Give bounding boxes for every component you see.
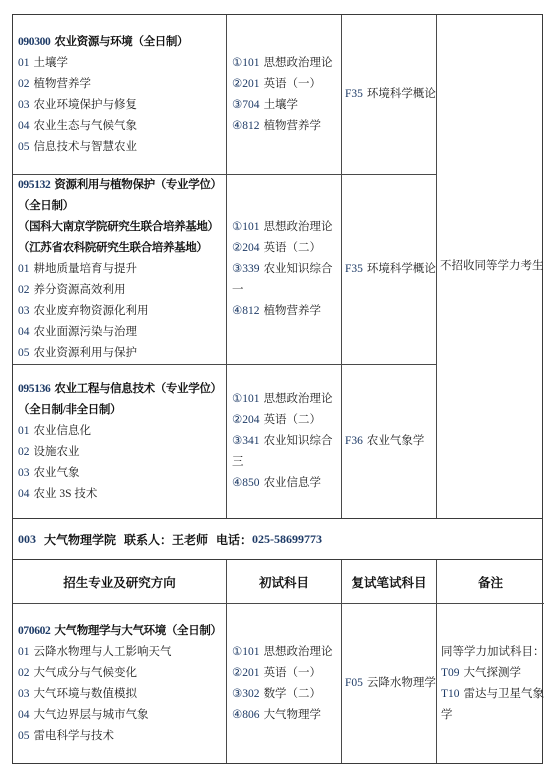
subject-text: 思想政治理论 [264,393,333,405]
subject-code: ①101 [232,393,260,405]
exam-subject-item: ②201英语（一） [232,74,339,95]
direction-text: 养分资源高效利用 [34,284,126,296]
direction-item: 05信息技术与智慧农业 [18,137,224,158]
direction-code: 04 [18,709,30,721]
exam-subject-item: ①101思想政治理论 [232,53,339,74]
admissions-table-atmospheric: 招生专业及研究方向 初试科目 复试笔试科目 备注 070602大气物理学与大气环… [12,559,543,764]
program-name: 农业资源与环境（全日制） [54,36,188,48]
program-cell-070602: 070602大气物理学与大气环境（全日制） 01云降水物理与人工影响天气 02大… [13,603,226,763]
direction-code: 01 [18,57,30,69]
retest-subject-cell: F36农业气象学 [341,364,436,518]
subject-code: ②201 [232,78,260,90]
direction-code: 03 [18,467,30,479]
direction-text: 农业气象 [34,467,80,479]
remark-code: T09 [441,667,460,679]
college-tel-label: 电话： [216,531,252,548]
subject-code: ④850 [232,477,260,489]
retest-text: 农业气象学 [367,435,425,447]
subject-text: 英语（一） [264,78,322,90]
exam-subject-item: ②204英语（二） [232,238,339,259]
program-name: 资源利用与植物保护（专业学位） [54,179,221,191]
direction-text: 农业环境保护与修复 [34,99,138,111]
direction-text: 农业生态与气候气象 [34,120,138,132]
exam-subject-item: ①101思想政治理论 [232,642,339,663]
header-col-initial-exam: 初试科目 [226,560,341,603]
remark-text: 雷达与卫星气象 [464,688,544,700]
direction-item: 04大气边界层与城市气象 [18,705,224,726]
college-name: 大气物理学院 [44,531,116,548]
exam-subject-item-wrap: 三 [232,452,339,473]
remark-text: 同等学力加试科目： [441,646,544,658]
program-code: 095132 [18,179,50,191]
direction-text: 大气边界层与城市气象 [34,709,149,721]
subject-text: 三 [232,456,244,468]
retest-text: 云降水物理学 [367,677,436,689]
subject-code: ③339 [232,263,260,275]
direction-item: 04农业面源污染与治理 [18,322,224,343]
header-col-programs: 招生专业及研究方向 [13,560,226,603]
program-cell-095136: 095136农业工程与信息技术（专业学位） （全日制/非全日制） 01农业信息化… [13,364,226,518]
retest-subject: F05云降水物理学 [345,673,434,694]
exam-subject-item-wrap: 一 [232,280,339,301]
direction-code: 03 [18,688,30,700]
subject-text: 一 [232,284,244,296]
exam-subjects-cell: ①101思想政治理论 ②204英语（二） ③339农业知识综合 一 ④812植物… [226,174,341,364]
retest-code: F36 [345,435,363,447]
subject-code: ②201 [232,667,260,679]
exam-subject-item: ①101思想政治理论 [232,389,339,410]
header-col-retest: 复试笔试科目 [341,560,436,603]
header-col-remark: 备注 [436,560,544,603]
subject-code: ④806 [232,709,260,721]
retest-subject: F36农业气象学 [345,431,434,452]
direction-code: 04 [18,488,30,500]
direction-text: 大气成分与气候变化 [34,667,138,679]
exam-subject-item: ②204英语（二） [232,410,339,431]
retest-subject-cell: F05云降水物理学 [341,603,436,763]
subject-text: 思想政治理论 [264,646,333,658]
subject-text: 英语（一） [264,667,322,679]
direction-code: 02 [18,78,30,90]
program-name: 大气物理学与大气环境（全日制） [54,625,221,637]
direction-item: 05雷电科学与技术 [18,726,224,747]
program-code: 090300 [18,36,50,48]
exam-subject-item: ②201英语（一） [232,663,339,684]
admissions-catalog-page: 090300农业资源与环境（全日制） 01土壤学 02植物营养学 03农业环境保… [12,14,543,764]
retest-code: F35 [345,263,363,275]
direction-code: 04 [18,120,30,132]
direction-item: 01耕地质量培育与提升 [18,259,224,280]
direction-code: 05 [18,141,30,153]
direction-item: 01农业信息化 [18,421,224,442]
retest-text: 环境科学概论 [367,88,436,100]
direction-code: 05 [18,347,30,359]
direction-text: 土壤学 [34,57,69,69]
college-code: 003 [18,532,36,547]
program-code: 095136 [18,383,50,395]
subject-code: ③341 [232,435,260,447]
direction-code: 02 [18,446,30,458]
subject-text: 大气物理学 [264,709,322,721]
subject-code: ③302 [232,688,260,700]
retest-subject: F35环境科学概论 [345,84,434,105]
exam-subjects-cell: ①101思想政治理论 ②204英语（二） ③341农业知识综合 三 ④850农业… [226,364,341,518]
program-title: 095136农业工程与信息技术（专业学位） [18,379,224,400]
direction-code: 05 [18,730,30,742]
program-name: 农业工程与信息技术（专业学位） [54,383,221,395]
direction-text: 农业废弃物资源化利用 [34,305,149,317]
direction-code: 01 [18,646,30,658]
remark-text: 学 [441,709,453,721]
direction-code: 03 [18,99,30,111]
remark-code: T10 [441,688,460,700]
direction-code: 02 [18,284,30,296]
subject-text: 思想政治理论 [264,57,333,69]
direction-text: 植物营养学 [34,78,92,90]
retest-subject-cell: F35环境科学概论 [341,15,436,174]
direction-text: 雷电科学与技术 [34,730,115,742]
subject-code: ④812 [232,305,260,317]
subject-code: ③704 [232,99,260,111]
subject-text: 思想政治理论 [264,221,333,233]
direction-item: 03农业环境保护与修复 [18,95,224,116]
exam-subjects-cell: ①101思想政治理论 ②201英语（一） ③704土壤学 ④812植物营养学 [226,15,341,174]
direction-text: 农业面源污染与治理 [34,326,138,338]
program-title: 070602大气物理学与大气环境（全日制） [18,621,224,642]
direction-text: 云降水物理与人工影响天气 [34,646,172,658]
exam-subject-item: ③302数学（二） [232,684,339,705]
subject-text: 农业知识综合 [264,435,333,447]
exam-subject-item: ③341农业知识综合 [232,431,339,452]
subject-code: ①101 [232,57,260,69]
direction-code: 02 [18,667,30,679]
direction-item: 04农业生态与气候气象 [18,116,224,137]
direction-text: 信息技术与智慧农业 [34,141,138,153]
remark-line: T10雷达与卫星气象 [441,684,542,705]
direction-item: 02设施农业 [18,442,224,463]
retest-text: 环境科学概论 [367,263,436,275]
direction-item: 01云降水物理与人工影响天气 [18,642,224,663]
remark-line: 学 [441,705,542,726]
exam-subject-item: ④812植物营养学 [232,301,339,322]
direction-text: 农业资源利用与保护 [34,347,138,359]
exam-subject-item: ③704土壤学 [232,95,339,116]
direction-code: 03 [18,305,30,317]
direction-item: 03农业气象 [18,463,224,484]
program-title-extra: （国科大南京学院研究生联合培养基地） [18,217,224,238]
direction-item: 05农业资源利用与保护 [18,343,224,364]
direction-item: 02大气成分与气候变化 [18,663,224,684]
remark-line: T09大气探测学 [441,663,542,684]
subject-code: ②204 [232,242,260,254]
direction-text: 农业 3S 技术 [34,488,98,500]
program-title-extra: （全日制） [18,196,224,217]
subject-text: 植物营养学 [264,305,322,317]
subject-code: ①101 [232,221,260,233]
remark-line: 同等学力加试科目： [441,642,542,663]
direction-code: 04 [18,326,30,338]
exam-subject-item: ④806大气物理学 [232,705,339,726]
program-title-extra: （江苏省农科院研究生联合培养基地） [18,238,224,259]
retest-code: F35 [345,88,363,100]
subject-text: 英语（二） [264,414,322,426]
subject-text: 农业信息学 [264,477,322,489]
exam-subject-item: ①101思想政治理论 [232,217,339,238]
subject-code: ④812 [232,120,260,132]
college-contact: 联系人：王老师 [124,531,208,548]
program-cell-090300: 090300农业资源与环境（全日制） 01土壤学 02植物营养学 03农业环境保… [13,15,226,174]
remark-cell: 同等学力加试科目： T09大气探测学 T10雷达与卫星气象 学 [436,603,544,763]
direction-code: 01 [18,425,30,437]
exam-subject-item: ④850农业信息学 [232,473,339,494]
remark-text: 大气探测学 [464,667,522,679]
direction-code: 01 [18,263,30,275]
direction-item: 02植物营养学 [18,74,224,95]
subject-text: 土壤学 [264,99,299,111]
remark-text: 不招收同等学力考生 [440,256,543,277]
college-phone: 025-58699773 [252,532,322,547]
retest-code: F05 [345,677,363,689]
subject-code: ①101 [232,646,260,658]
subject-text: 植物营养学 [264,120,322,132]
direction-item: 04农业 3S 技术 [18,484,224,505]
direction-item: 03大气环境与数值模拟 [18,684,224,705]
subject-code: ②204 [232,414,260,426]
direction-text: 设施农业 [34,446,80,458]
program-code: 070602 [18,625,50,637]
retest-subject-cell: F35环境科学概论 [341,174,436,364]
remark-cell-merged: 不招收同等学力考生 [436,15,544,518]
exam-subject-item: ③339农业知识综合 [232,259,339,280]
direction-text: 耕地质量培育与提升 [34,263,138,275]
college-header-row: 003 大气物理学院 联系人：王老师 电话： 025-58699773 [12,519,543,559]
retest-subject: F35环境科学概论 [345,259,434,280]
direction-item: 01土壤学 [18,53,224,74]
program-title: 095132资源利用与植物保护（专业学位） [18,175,224,196]
subject-text: 数学（二） [264,688,322,700]
direction-text: 大气环境与数值模拟 [34,688,138,700]
subject-text: 英语（二） [264,242,322,254]
direction-text: 农业信息化 [34,425,92,437]
exam-subjects-cell: ①101思想政治理论 ②201英语（一） ③302数学（二） ④806大气物理学 [226,603,341,763]
subject-text: 农业知识综合 [264,263,333,275]
direction-item: 02养分资源高效利用 [18,280,224,301]
admissions-table-agriculture: 090300农业资源与环境（全日制） 01土壤学 02植物营养学 03农业环境保… [12,14,543,519]
program-title-extra: （全日制/非全日制） [18,400,224,421]
program-cell-095132: 095132资源利用与植物保护（专业学位） （全日制） （国科大南京学院研究生联… [13,174,226,364]
exam-subject-item: ④812植物营养学 [232,116,339,137]
direction-item: 03农业废弃物资源化利用 [18,301,224,322]
program-title: 090300农业资源与环境（全日制） [18,32,224,53]
